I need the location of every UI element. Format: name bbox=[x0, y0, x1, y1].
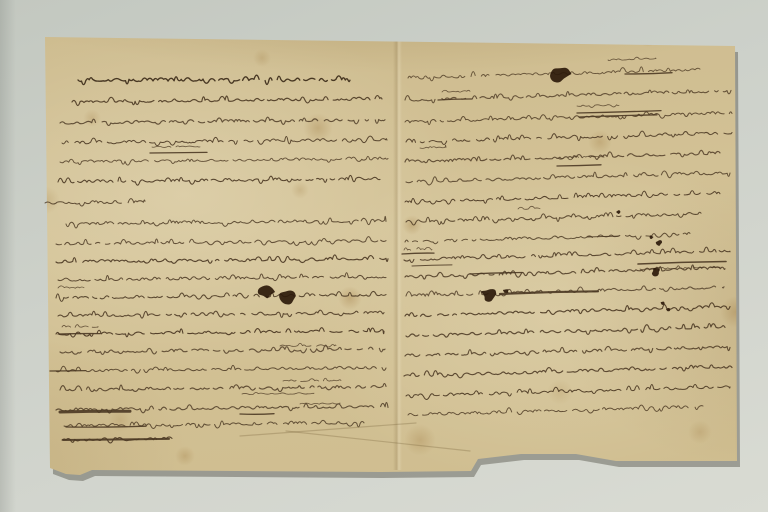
photo-background bbox=[0, 0, 768, 512]
foxing-stain bbox=[402, 215, 422, 235]
foxing-stain bbox=[720, 296, 752, 328]
foxing-stain bbox=[588, 130, 612, 154]
foxing-stain bbox=[108, 408, 132, 432]
foxing-stain bbox=[253, 49, 271, 67]
foxing-stain bbox=[32, 186, 60, 214]
center-fold bbox=[393, 38, 402, 470]
foxing-stain bbox=[303, 113, 333, 143]
foxing-stain bbox=[338, 286, 362, 310]
foxing-stain bbox=[291, 181, 309, 199]
foxing-stain bbox=[639, 29, 657, 47]
foxing-stain bbox=[175, 446, 195, 466]
manuscript-sheet bbox=[0, 0, 768, 512]
foxing-stain bbox=[547, 379, 573, 405]
foxing-stain bbox=[404, 424, 436, 456]
foxing-stain bbox=[83, 109, 101, 127]
foxing-stain bbox=[688, 420, 712, 444]
